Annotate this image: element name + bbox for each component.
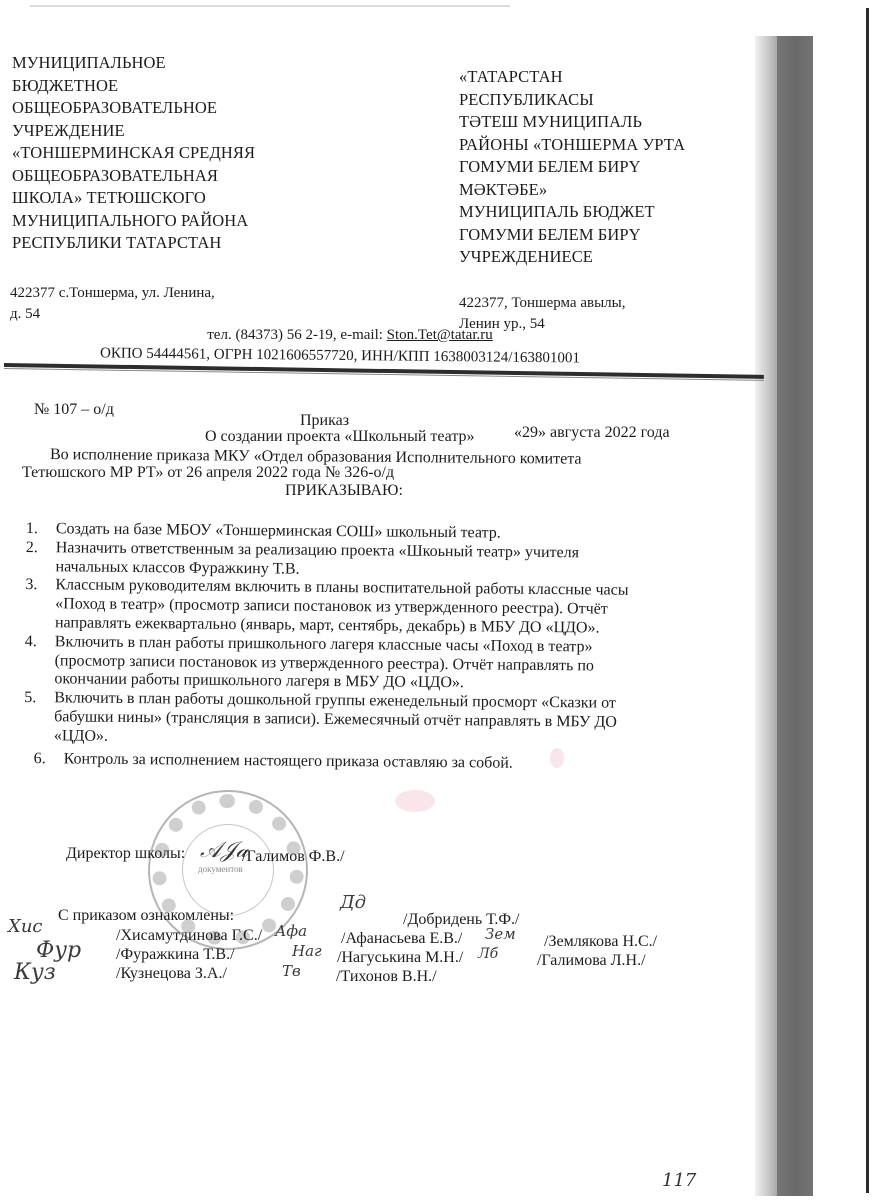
- director-signature: 𝒜𝒥𝒶: [200, 838, 248, 863]
- handwritten-signature: Дд: [340, 892, 366, 913]
- letterhead-line: ГОМУМИ БЕЛЕМ БИРҮ: [459, 156, 749, 179]
- faint-stamp-mark: [550, 748, 564, 768]
- order-basis-line: Тетюшского МР РТ» от 26 апреля 2022 года…: [22, 463, 394, 482]
- letterhead-line: ШКОЛА» ТЕТЮШСКОГО: [12, 187, 342, 210]
- order-items-list: 1. Создать на базе МБОУ «Тоншерминская С…: [24, 520, 726, 775]
- item-text: Контроль за исполнением настоящего прика…: [64, 750, 724, 775]
- scan-binding-shadow-dark: [777, 36, 813, 1196]
- letterhead-line: УЧРЕЖДЕНИЕ: [12, 120, 342, 143]
- item-number: 5.: [24, 689, 55, 746]
- letterhead-line: БЮДЖЕТНОЕ: [12, 75, 342, 98]
- acknowledged-person: /Нагуськина М.Н./: [337, 948, 463, 967]
- acknowledged-person: /Тихонов В.Н./: [336, 967, 437, 986]
- phone-text: тел. (84373) 56 2-19, e-mail:: [207, 327, 386, 343]
- letterhead-line: «ТОНШЕРМИНСКАЯ СРЕДНЯЯ: [12, 142, 342, 165]
- letterhead-tatar: «ТАТАРСТАН РЕСПУБЛИКАСЫ ТӘТЕШ МУНИЦИПАЛЬ…: [459, 66, 749, 269]
- order-date: «29» августа 2022 года: [514, 423, 670, 442]
- letterhead-line: МӘКТӘБЕ»: [459, 179, 749, 202]
- letterhead-line: «ТАТАРСТАН: [459, 66, 749, 89]
- scan-top-edge: [30, 5, 510, 7]
- acknowledged-person: /Фуражкина Т.В./: [116, 945, 235, 964]
- order-directive-word: ПРИКАЗЫВАЮ:: [285, 481, 403, 500]
- address-line: д. 54: [10, 304, 270, 325]
- address-line: 422377 с.Тоншерма, ул. Ленина,: [10, 283, 270, 304]
- acknowledged-person: /Галимова Л.Н./: [537, 951, 646, 970]
- order-item: 4. Включить в план работы пришкольного л…: [24, 633, 725, 696]
- scan-right-border: [866, 8, 869, 1193]
- order-item: 6. Контроль за исполнением настоящего пр…: [34, 750, 724, 775]
- handwritten-signature: Хис: [8, 916, 43, 937]
- acknowledged-person: /Кузнецова З.А./: [116, 964, 227, 983]
- address-russian: 422377 с.Тоншерма, ул. Ленина, д. 54: [10, 283, 270, 325]
- stamp-label: документов: [198, 864, 243, 874]
- letterhead-line: МУНИЦИПАЛЬНОГО РАЙОНА: [12, 210, 342, 233]
- email-link[interactable]: Ston.Tet@tatar.ru: [387, 327, 493, 343]
- letterhead-line: РАЙОНЫ «ТОНШЕРМА УРТА: [459, 134, 749, 157]
- letterhead-line: РЕСПУБЛИКАСЫ: [459, 89, 749, 112]
- scan-binding-shadow-light: [755, 36, 777, 1196]
- letterhead-line: УЧРЕЖДЕНИЕСЕ: [459, 246, 749, 269]
- director-name: /Галимов Ф.В./: [242, 848, 345, 866]
- acknowledged-person: /Хисамутдинова Г.С./: [116, 926, 262, 945]
- handwritten-signature: Афа: [275, 922, 307, 940]
- item-number: 6.: [34, 750, 64, 769]
- handwritten-signature: Наг: [292, 942, 322, 960]
- address-line: 422377, Тоншерма авылы,: [459, 293, 719, 314]
- order-item: 3. Классным руководителям включить в пла…: [25, 576, 726, 639]
- contact-line: тел. (84373) 56 2-19, e-mail: Ston.Tet@t…: [150, 325, 550, 345]
- letterhead-russian: МУНИЦИПАЛЬНОЕ БЮДЖЕТНОЕ ОБЩЕОБРАЗОВАТЕЛЬ…: [12, 52, 342, 255]
- order-subject: О создании проекта «Школьный театр»: [205, 427, 475, 446]
- letterhead-line: ГОМУМИ БЕЛЕМ БИРҮ: [459, 224, 749, 247]
- letterhead-line: ОБЩЕОБРАЗОВАТЕЛЬНОЕ: [12, 97, 342, 120]
- handwritten-page-number: 117: [662, 1170, 696, 1191]
- handwritten-signature: Лб: [478, 946, 498, 962]
- letterhead-line: ОБЩЕОБРАЗОВАТЕЛЬНАЯ: [12, 165, 342, 188]
- item-number: 1.: [26, 520, 56, 539]
- handwritten-signature: Тв: [282, 962, 301, 980]
- acknowledged-person: /Афанасьева Е.В./: [341, 929, 462, 948]
- handwritten-signature: Зем: [485, 925, 516, 943]
- order-item: 5. Включить в план работы дошкольной гру…: [24, 689, 725, 752]
- order-number: № 107 – о/д: [34, 400, 114, 419]
- handwritten-signature: Куз: [14, 960, 56, 985]
- letterhead-line: МУНИЦИПАЛЬ БЮДЖЕТ: [459, 201, 749, 224]
- acknowledged-person: /Землякова Н.С./: [544, 932, 657, 951]
- item-number: 2.: [25, 539, 55, 577]
- acknowledgement-label: С приказом ознакомлены:: [58, 906, 234, 925]
- item-number: 3.: [25, 576, 56, 633]
- letterhead-line: ТӘТЕШ МУНИЦИПАЛЬ: [459, 111, 749, 134]
- letterhead-line: РЕСПУБЛИКИ ТАТАРСТАН: [12, 232, 342, 255]
- letterhead-line: МУНИЦИПАЛЬНОЕ: [12, 52, 342, 75]
- director-label: Директор школы:: [66, 845, 185, 863]
- item-number: 4.: [24, 633, 55, 690]
- faint-stamp-mark: [395, 790, 435, 812]
